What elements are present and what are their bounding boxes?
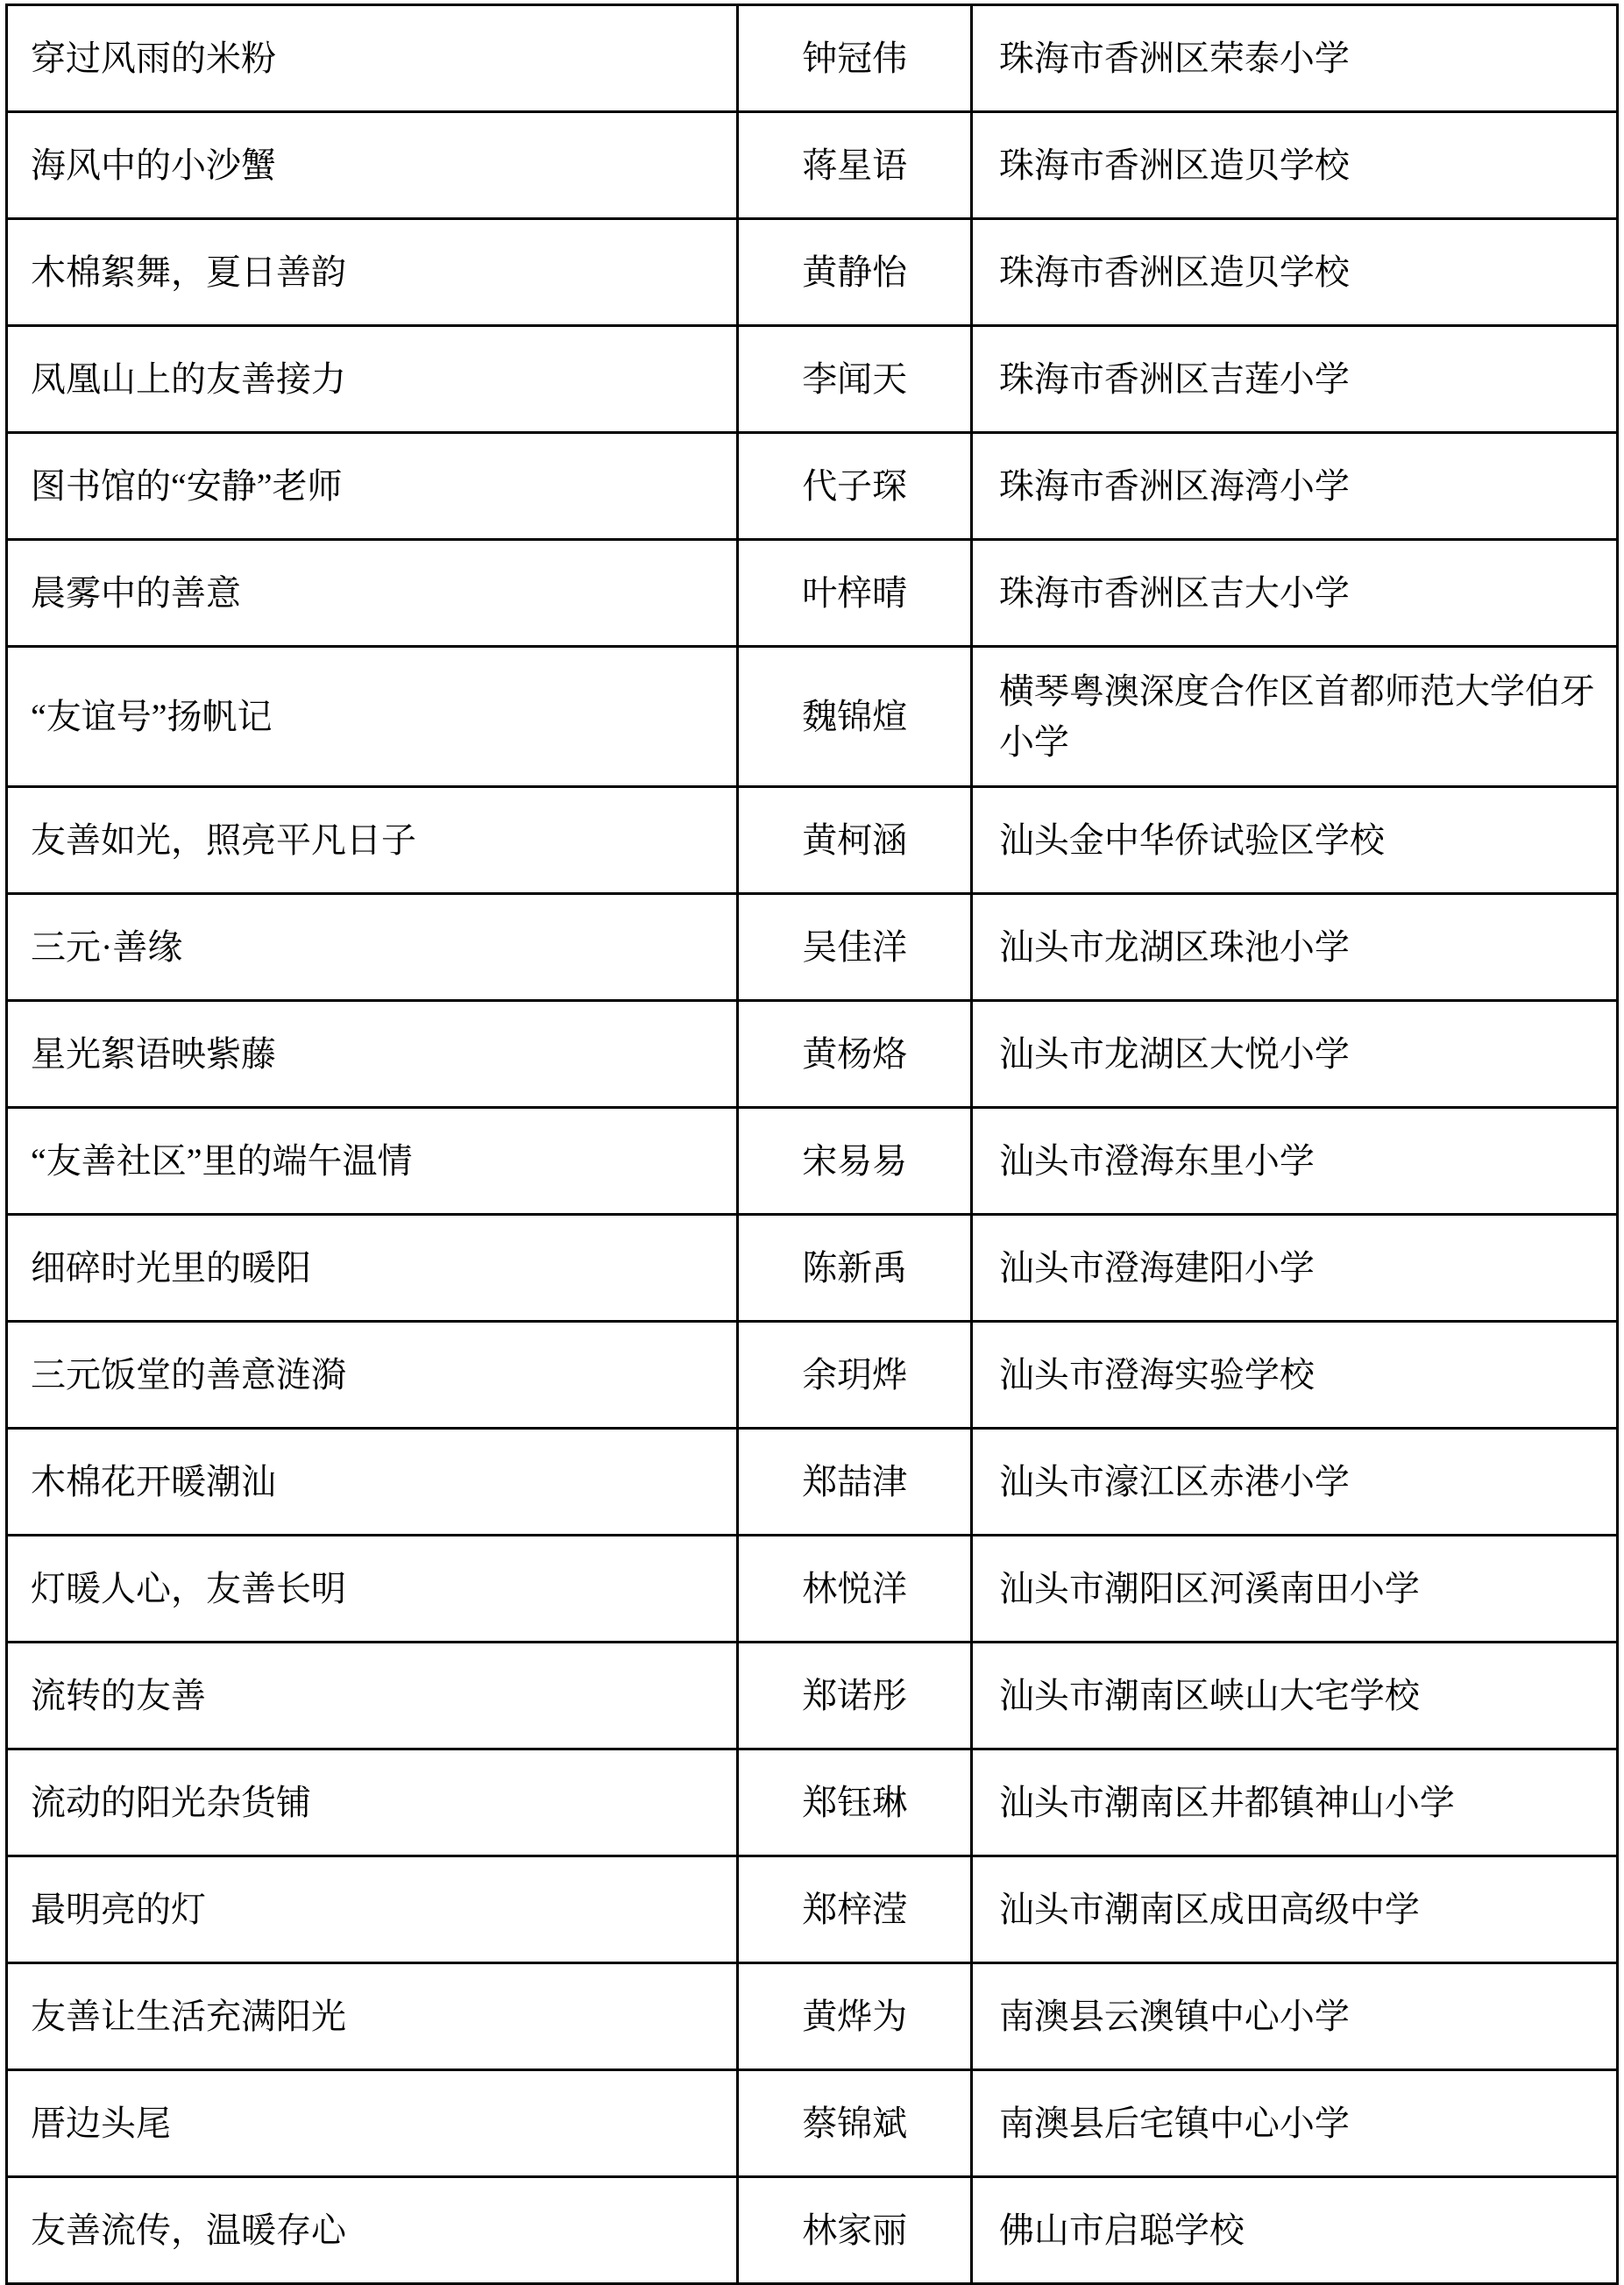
- author-name-cell: 郑梓滢: [738, 1856, 972, 1963]
- author-name-cell: 黄烨为: [738, 1963, 972, 2070]
- table-row: 流动的阳光杂货铺 郑钰琳 汕头市潮南区井都镇神山小学: [7, 1749, 1618, 1856]
- school-cell: 汕头市澄海实验学校: [971, 1322, 1617, 1429]
- author-name-cell: 吴佳洋: [738, 894, 972, 1001]
- author-name-cell: 代子琛: [738, 433, 972, 540]
- work-title-cell: 流转的友善: [7, 1643, 738, 1749]
- school-cell: 汕头市潮阳区河溪南田小学: [971, 1536, 1617, 1643]
- work-title-cell: 友善如光，照亮平凡日子: [7, 787, 738, 894]
- school-cell: 横琴粤澳深度合作区首都师范大学伯牙小学: [971, 647, 1617, 787]
- author-name-cell: 钟冠伟: [738, 5, 972, 112]
- author-name-cell: 陈新禹: [738, 1215, 972, 1322]
- work-title-cell: 友善流传，温暖存心: [7, 2177, 738, 2284]
- work-title-cell: 凤凰山上的友善接力: [7, 326, 738, 433]
- author-name-cell: 黄柯涵: [738, 787, 972, 894]
- school-cell: 汕头市龙湖区大悦小学: [971, 1001, 1617, 1108]
- school-cell: 珠海市香洲区海湾小学: [971, 433, 1617, 540]
- table-row: 木棉花开暖潮汕 郑喆津 汕头市濠江区赤港小学: [7, 1429, 1618, 1536]
- author-name-cell: 叶梓晴: [738, 540, 972, 647]
- table-row: 友善流传，温暖存心 林家丽 佛山市启聪学校: [7, 2177, 1618, 2284]
- work-title-cell: 星光絮语映紫藤: [7, 1001, 738, 1108]
- school-cell: 珠海市香洲区吉莲小学: [971, 326, 1617, 433]
- work-title-cell: 晨雾中的善意: [7, 540, 738, 647]
- school-cell: 珠海市香洲区吉大小学: [971, 540, 1617, 647]
- work-title-cell: 木棉花开暖潮汕: [7, 1429, 738, 1536]
- school-cell: 佛山市启聪学校: [971, 2177, 1617, 2284]
- school-cell: 珠海市香洲区荣泰小学: [971, 5, 1617, 112]
- author-name-cell: 黄静怡: [738, 219, 972, 326]
- school-cell: 汕头市澄海东里小学: [971, 1108, 1617, 1215]
- table-row: 灯暖人心，友善长明 林悦洋 汕头市潮阳区河溪南田小学: [7, 1536, 1618, 1643]
- table-row: 友善如光，照亮平凡日子 黄柯涵 汕头金中华侨试验区学校: [7, 787, 1618, 894]
- table-row: 木棉絮舞，夏日善韵 黄静怡 珠海市香洲区造贝学校: [7, 219, 1618, 326]
- school-cell: 汕头市潮南区井都镇神山小学: [971, 1749, 1617, 1856]
- document-page: 穿过风雨的米粉 钟冠伟 珠海市香洲区荣泰小学 海风中的小沙蟹 蒋星语 珠海市香洲…: [0, 0, 1624, 2283]
- table-row: 晨雾中的善意 叶梓晴 珠海市香洲区吉大小学: [7, 540, 1618, 647]
- work-title-cell: 海风中的小沙蟹: [7, 112, 738, 219]
- author-name-cell: 黄杨烙: [738, 1001, 972, 1108]
- author-name-cell: 郑诺彤: [738, 1643, 972, 1749]
- author-name-cell: 李闻天: [738, 326, 972, 433]
- author-name-cell: 余玥烨: [738, 1322, 972, 1429]
- work-title-cell: 图书馆的“安静”老师: [7, 433, 738, 540]
- school-cell: 汕头金中华侨试验区学校: [971, 787, 1617, 894]
- work-title-cell: 流动的阳光杂货铺: [7, 1749, 738, 1856]
- work-title-cell: 最明亮的灯: [7, 1856, 738, 1963]
- work-title-cell: 三元·善缘: [7, 894, 738, 1001]
- school-cell: 汕头市澄海建阳小学: [971, 1215, 1617, 1322]
- work-title-cell: 厝边头尾: [7, 2070, 738, 2177]
- table-row: 星光絮语映紫藤 黄杨烙 汕头市龙湖区大悦小学: [7, 1001, 1618, 1108]
- table-row: 图书馆的“安静”老师 代子琛 珠海市香洲区海湾小学: [7, 433, 1618, 540]
- table-row: 最明亮的灯 郑梓滢 汕头市潮南区成田高级中学: [7, 1856, 1618, 1963]
- school-cell: 珠海市香洲区造贝学校: [971, 112, 1617, 219]
- table-row: 穿过风雨的米粉 钟冠伟 珠海市香洲区荣泰小学: [7, 5, 1618, 112]
- work-title-cell: 木棉絮舞，夏日善韵: [7, 219, 738, 326]
- table-row: 凤凰山上的友善接力 李闻天 珠海市香洲区吉莲小学: [7, 326, 1618, 433]
- school-cell: 汕头市濠江区赤港小学: [971, 1429, 1617, 1536]
- table-row: “友善社区”里的端午温情 宋易易 汕头市澄海东里小学: [7, 1108, 1618, 1215]
- table-row: 细碎时光里的暖阳 陈新禹 汕头市澄海建阳小学: [7, 1215, 1618, 1322]
- work-title-cell: 三元饭堂的善意涟漪: [7, 1322, 738, 1429]
- work-title-cell: 灯暖人心，友善长明: [7, 1536, 738, 1643]
- table-row: “友谊号”扬帆记 魏锦煊 横琴粤澳深度合作区首都师范大学伯牙小学: [7, 647, 1618, 787]
- school-cell: 汕头市龙湖区珠池小学: [971, 894, 1617, 1001]
- author-name-cell: 魏锦煊: [738, 647, 972, 787]
- author-name-cell: 郑钰琳: [738, 1749, 972, 1856]
- work-title-cell: 细碎时光里的暖阳: [7, 1215, 738, 1322]
- table-row: 三元·善缘 吴佳洋 汕头市龙湖区珠池小学: [7, 894, 1618, 1001]
- school-cell: 南澳县云澳镇中心小学: [971, 1963, 1617, 2070]
- school-cell: 汕头市潮南区峡山大宅学校: [971, 1643, 1617, 1749]
- work-title-cell: 穿过风雨的米粉: [7, 5, 738, 112]
- table-row: 海风中的小沙蟹 蒋星语 珠海市香洲区造贝学校: [7, 112, 1618, 219]
- work-title-cell: 友善让生活充满阳光: [7, 1963, 738, 2070]
- table-row: 流转的友善 郑诺彤 汕头市潮南区峡山大宅学校: [7, 1643, 1618, 1749]
- table-row: 三元饭堂的善意涟漪 余玥烨 汕头市澄海实验学校: [7, 1322, 1618, 1429]
- school-cell: 南澳县后宅镇中心小学: [971, 2070, 1617, 2177]
- work-title-cell: “友善社区”里的端午温情: [7, 1108, 738, 1215]
- school-cell: 珠海市香洲区造贝学校: [971, 219, 1617, 326]
- author-name-cell: 林悦洋: [738, 1536, 972, 1643]
- table-row: 友善让生活充满阳光 黄烨为 南澳县云澳镇中心小学: [7, 1963, 1618, 2070]
- author-name-cell: 郑喆津: [738, 1429, 972, 1536]
- work-title-cell: “友谊号”扬帆记: [7, 647, 738, 787]
- school-cell: 汕头市潮南区成田高级中学: [971, 1856, 1617, 1963]
- author-name-cell: 蔡锦斌: [738, 2070, 972, 2177]
- author-name-cell: 蒋星语: [738, 112, 972, 219]
- author-name-cell: 林家丽: [738, 2177, 972, 2284]
- table-row: 厝边头尾 蔡锦斌 南澳县后宅镇中心小学: [7, 2070, 1618, 2177]
- author-name-cell: 宋易易: [738, 1108, 972, 1215]
- awards-works-table: 穿过风雨的米粉 钟冠伟 珠海市香洲区荣泰小学 海风中的小沙蟹 蒋星语 珠海市香洲…: [5, 4, 1619, 2285]
